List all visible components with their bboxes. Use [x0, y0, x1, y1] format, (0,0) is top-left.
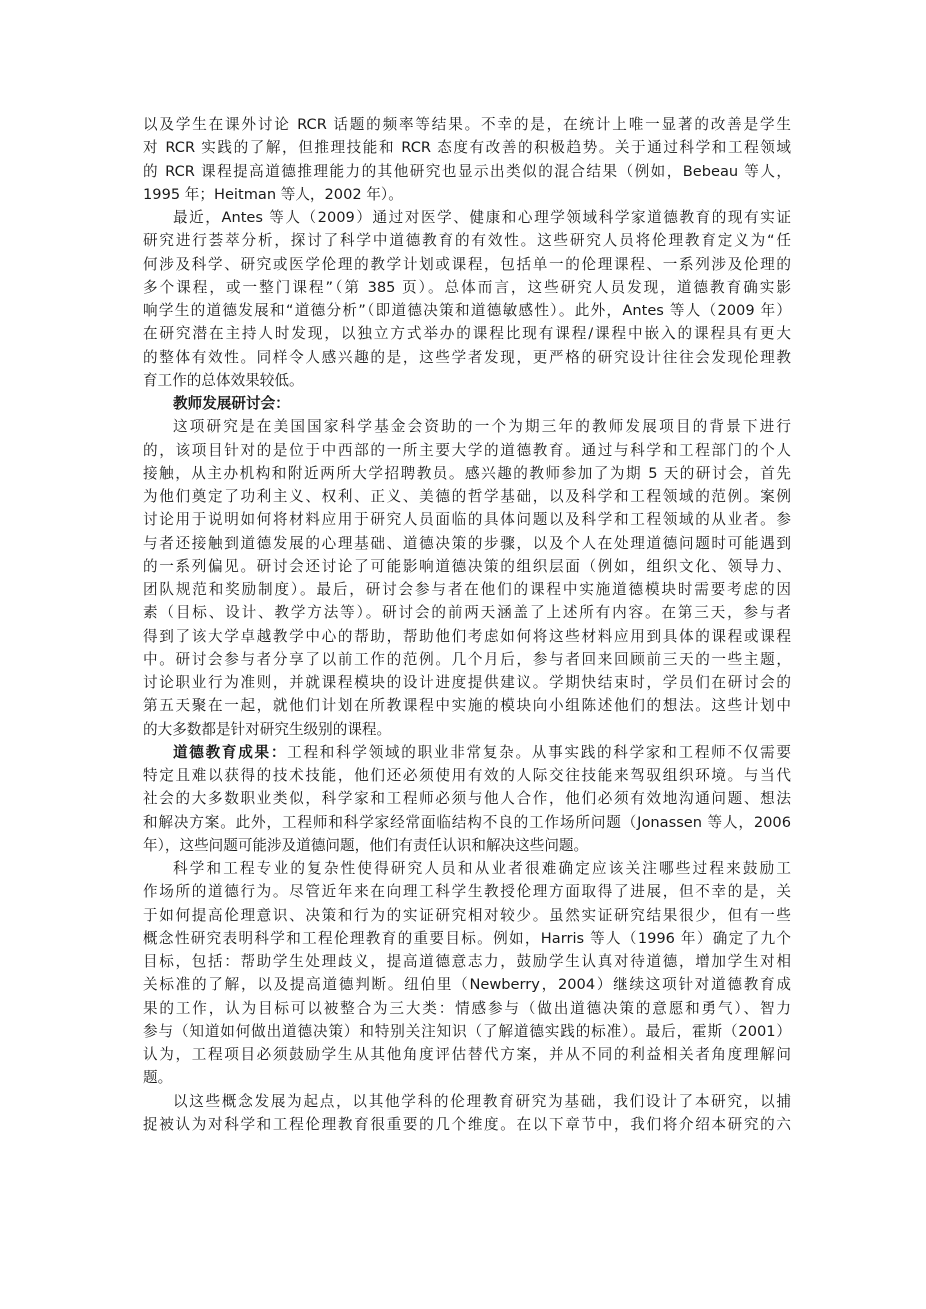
paragraph-workshop-description: 这项研究是在美国国家科学基金会资助的一个为期三年的教师发展项目的背景下进行 的，…	[143, 415, 791, 741]
text-line: 与者还接触到道德发展的心理基础、道德决策的步骤，以及个人在处理道德问题时可能遇到	[143, 532, 791, 555]
text-line: 社会的大多数职业类似，科学家和工程师必须与他人合作，他们必须有效地沟通问题、想法	[143, 787, 791, 810]
text-span: 工程和科学领域的职业非常复杂。从事实践的科学家和工程师不仅需要	[287, 744, 791, 761]
document-body: 以及学生在课外讨论 RCR 话题的频率等结果。不幸的是，在统计上唯一显著的改善是…	[143, 113, 791, 1136]
text-line: 于如何提高伦理意识、决策和行为的实证研究相对较少。虽然实证研究结果很少，但有一些	[143, 904, 791, 927]
paragraph-antes-meta-analysis: 最近，Antes 等人（2009）通过对医学、健康和心理学领域科学家道德教育的现…	[143, 206, 791, 392]
text-line: 讨论职业行为准则，并就课程模块的设计进度提供建议。学期快结束时，学员们在研讨会的	[143, 671, 791, 694]
text-line: 捉被认为对科学和工程伦理教育很重要的几个维度。在以下章节中，我们将介绍本研究的六	[143, 1113, 791, 1136]
text-line: 的 RCR 课程提高道德推理能力的其他研究也显示出类似的混合结果（例如，Bebe…	[143, 160, 791, 183]
text-line: 1995 年；Heitman 等人，2002 年）。	[143, 183, 791, 206]
section-heading-faculty-workshop: 教师发展研讨会：	[143, 392, 791, 415]
text-line: 对 RCR 实践的了解，但推理技能和 RCR 态度有改善的积极趋势。关于通过科学…	[143, 136, 791, 159]
text-line: 概念性研究表明科学和工程伦理教育的重要目标。例如，Harris 等人（1996 …	[143, 927, 791, 950]
text-line: 第五天聚在一起，就他们计划在所教课程中实施的模块向小组陈述他们的想法。这些计划中	[143, 694, 791, 717]
paragraph-study-design: 以这些概念发展为起点，以其他学科的伦理教育研究为基础，我们设计了本研究，以捕 捉…	[143, 1090, 791, 1137]
text-line: 的，该项目针对的是位于中西部的一所主要大学的道德教育。通过与科学和工程部门的个人	[143, 439, 791, 462]
text-line: 目标，包括：帮助学生处理歧义，提高道德意志力，鼓励学生认真对待道德，增加学生对相	[143, 950, 791, 973]
text-line: 道德教育成果：工程和科学领域的职业非常复杂。从事实践的科学家和工程师不仅需要	[143, 741, 791, 764]
text-line: 团队规范和奖励制度）。最后，研讨会参与者在他们的课程中实施道德模块时需要考虑的因	[143, 578, 791, 601]
text-line: 得到了该大学卓越教学中心的帮助，帮助他们考虑如何将这些材料应用到具体的课程或课程	[143, 625, 791, 648]
text-line: 最近，Antes 等人（2009）通过对医学、健康和心理学领域科学家道德教育的现…	[143, 206, 791, 229]
text-line: 以及学生在课外讨论 RCR 话题的频率等结果。不幸的是，在统计上唯一显著的改善是…	[143, 113, 791, 136]
text-line: 作场所的道德行为。尽管近年来在向理工科学生教授伦理方面取得了进展，但不幸的是，关	[143, 880, 791, 903]
text-line: 育工作的总体效果较低。	[143, 369, 791, 392]
paragraph-complexity-goals: 科学和工程专业的复杂性使得研究人员和从业者很难确定应该关注哪些过程来鼓励工 作场…	[143, 857, 791, 1090]
inline-heading-ethics-outcomes: 道德教育成果：	[173, 744, 287, 761]
text-line: 题。	[143, 1066, 791, 1089]
text-line: 的大多数都是针对研究生级别的课程。	[143, 718, 791, 741]
text-line: 的一系列偏见。研讨会还讨论了可能影响道德决策的组织层面（例如，组织文化、领导力、	[143, 555, 791, 578]
text-line: 何涉及科学、研究或医学伦理的教学计划或课程，包括单一的伦理课程、一系列涉及伦理的	[143, 253, 791, 276]
text-line: 果的工作，认为目标可以被整合为三大类：情感参与（做出道德决策的意愿和勇气）、智力	[143, 997, 791, 1020]
text-line: 以这些概念发展为起点，以其他学科的伦理教育研究为基础，我们设计了本研究，以捕	[143, 1090, 791, 1113]
text-line: 讨论用于说明如何将材料应用于研究人员面临的具体问题以及科学和工程领域的从业者。参	[143, 508, 791, 531]
text-line: 的整体有效性。同样令人感兴趣的是，这些学者发现，更严格的研究设计往往会发现伦理教	[143, 346, 791, 369]
paragraph-rcr-results: 以及学生在课外讨论 RCR 话题的频率等结果。不幸的是，在统计上唯一显著的改善是…	[143, 113, 791, 206]
text-line: 多个课程，或一整门课程”（第 385 页）。总体而言，这些研究人员发现，道德教育…	[143, 276, 791, 299]
text-line: 特定且难以获得的技术技能，他们还必须使用有效的人际交往技能来驾驭组织环境。与当代	[143, 764, 791, 787]
paragraph-ethics-education-outcomes: 道德教育成果：工程和科学领域的职业非常复杂。从事实践的科学家和工程师不仅需要 特…	[143, 741, 791, 857]
text-line: 和解决方案。此外，工程师和科学家经常面临结构不良的工作场所问题（Jonassen…	[143, 811, 791, 834]
text-line: 认为，工程项目必须鼓励学生从其他角度评估替代方案，并从不同的利益相关者角度理解问	[143, 1043, 791, 1066]
text-line: 关标准的了解，以及提高道德判断。纽伯里（Newberry，2004）继续这项针对…	[143, 973, 791, 996]
text-line: 科学和工程专业的复杂性使得研究人员和从业者很难确定应该关注哪些过程来鼓励工	[143, 857, 791, 880]
text-line: 素（目标、设计、教学方法等）。研讨会的前两天涵盖了上述所有内容。在第三天，参与者	[143, 601, 791, 624]
text-line: 接触，从主办机构和附近两所大学招聘教员。感兴趣的教师参加了为期 5 天的研讨会，…	[143, 462, 791, 485]
text-line: 在研究潜在主持人时发现，以独立方式举办的课程比现有课程/课程中嵌入的课程具有更大	[143, 322, 791, 345]
text-line: 这项研究是在美国国家科学基金会资助的一个为期三年的教师发展项目的背景下进行	[143, 415, 791, 438]
text-line: 响学生的道德发展和“道德分析”（即道德决策和道德敏感性）。此外，Antes 等人…	[143, 299, 791, 322]
text-line: 研究进行荟萃分析，探讨了科学中道德教育的有效性。这些研究人员将伦理教育定义为“任	[143, 229, 791, 252]
text-line: 年），这些问题可能涉及道德问题，他们有责任认识和解决这些问题。	[143, 834, 791, 857]
document-page: 以及学生在课外讨论 RCR 话题的频率等结果。不幸的是，在统计上唯一显著的改善是…	[0, 0, 926, 1309]
text-line: 为他们奠定了功利主义、权利、正义、美德的哲学基础，以及科学和工程领域的范例。案例	[143, 485, 791, 508]
text-line: 中。研讨会参与者分享了以前工作的范例。几个月后，参与者回来回顾前三天的一些主题，	[143, 648, 791, 671]
text-line: 参与（知道如何做出道德决策）和特别关注知识（了解道德实践的标准）。最后，霍斯（2…	[143, 1020, 791, 1043]
